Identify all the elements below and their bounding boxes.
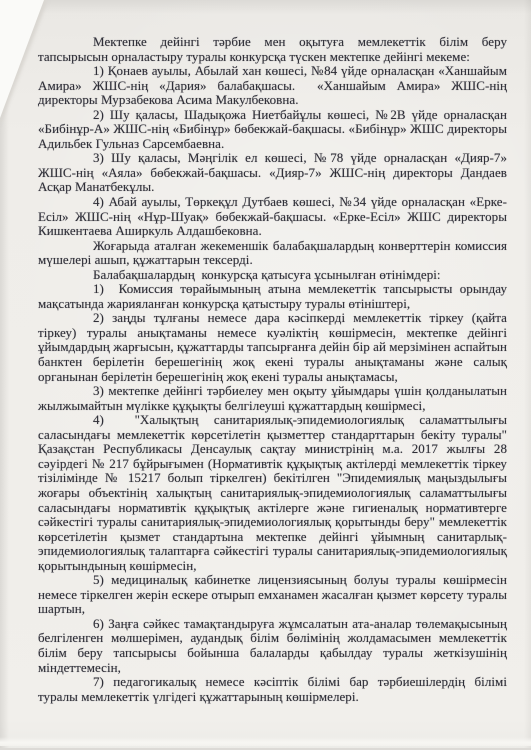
- kindergarten-item-2: 2) Шу қаласы, Шадықожа Ниетбайұлы көшесі…: [38, 108, 507, 152]
- kindergarten-item-3: 3) Шу қаласы, Мәңгілік ел көшесі, №78 үй…: [38, 151, 507, 195]
- intro-paragraph: Мектепке дейінгі тәрбие мен оқытуға мемл…: [38, 35, 507, 64]
- applications-heading: Балабақшалардың конкурсқа қатысуға ұсыны…: [38, 268, 507, 283]
- scan-top-shadow: [0, 0, 531, 14]
- application-item-3: 3) мектепке дейінгі тәрбиелеу мен оқыту …: [38, 384, 507, 413]
- application-item-5: 5) медициналық кабинетке лицензиясының б…: [38, 573, 507, 617]
- application-item-1: 1) Комиссия төрайымының атына мемлекетті…: [38, 282, 507, 311]
- document-body: Мектепке дейінгі тәрбие мен оқытуға мемл…: [38, 35, 507, 704]
- scanned-document-page: Мектепке дейінгі тәрбие мен оқытуға мемл…: [0, 0, 531, 750]
- application-item-7: 7) педагогикалық немесе кәсіптік білімі …: [38, 675, 507, 704]
- kindergarten-item-4: 4) Абай ауылы, Төркеқұл Дутбаев көшесі, …: [38, 195, 507, 239]
- application-item-6: 6) Заңға сәйкес тамақтандыруға жұмсалаты…: [38, 617, 507, 675]
- kindergarten-item-1: 1) Қонаев ауылы, Абылай хан көшесі, №84 …: [38, 64, 507, 108]
- commission-paragraph: Жоғарыда аталған жекеменшік балабақшалар…: [38, 239, 507, 268]
- application-item-4: 4) "Халықтың санитариялық-эпидемиологиял…: [38, 413, 507, 573]
- application-item-2: 2) заңды тұлғаны немесе дара кәсіпкерді …: [38, 311, 507, 384]
- scan-right-shadow: [524, 0, 531, 750]
